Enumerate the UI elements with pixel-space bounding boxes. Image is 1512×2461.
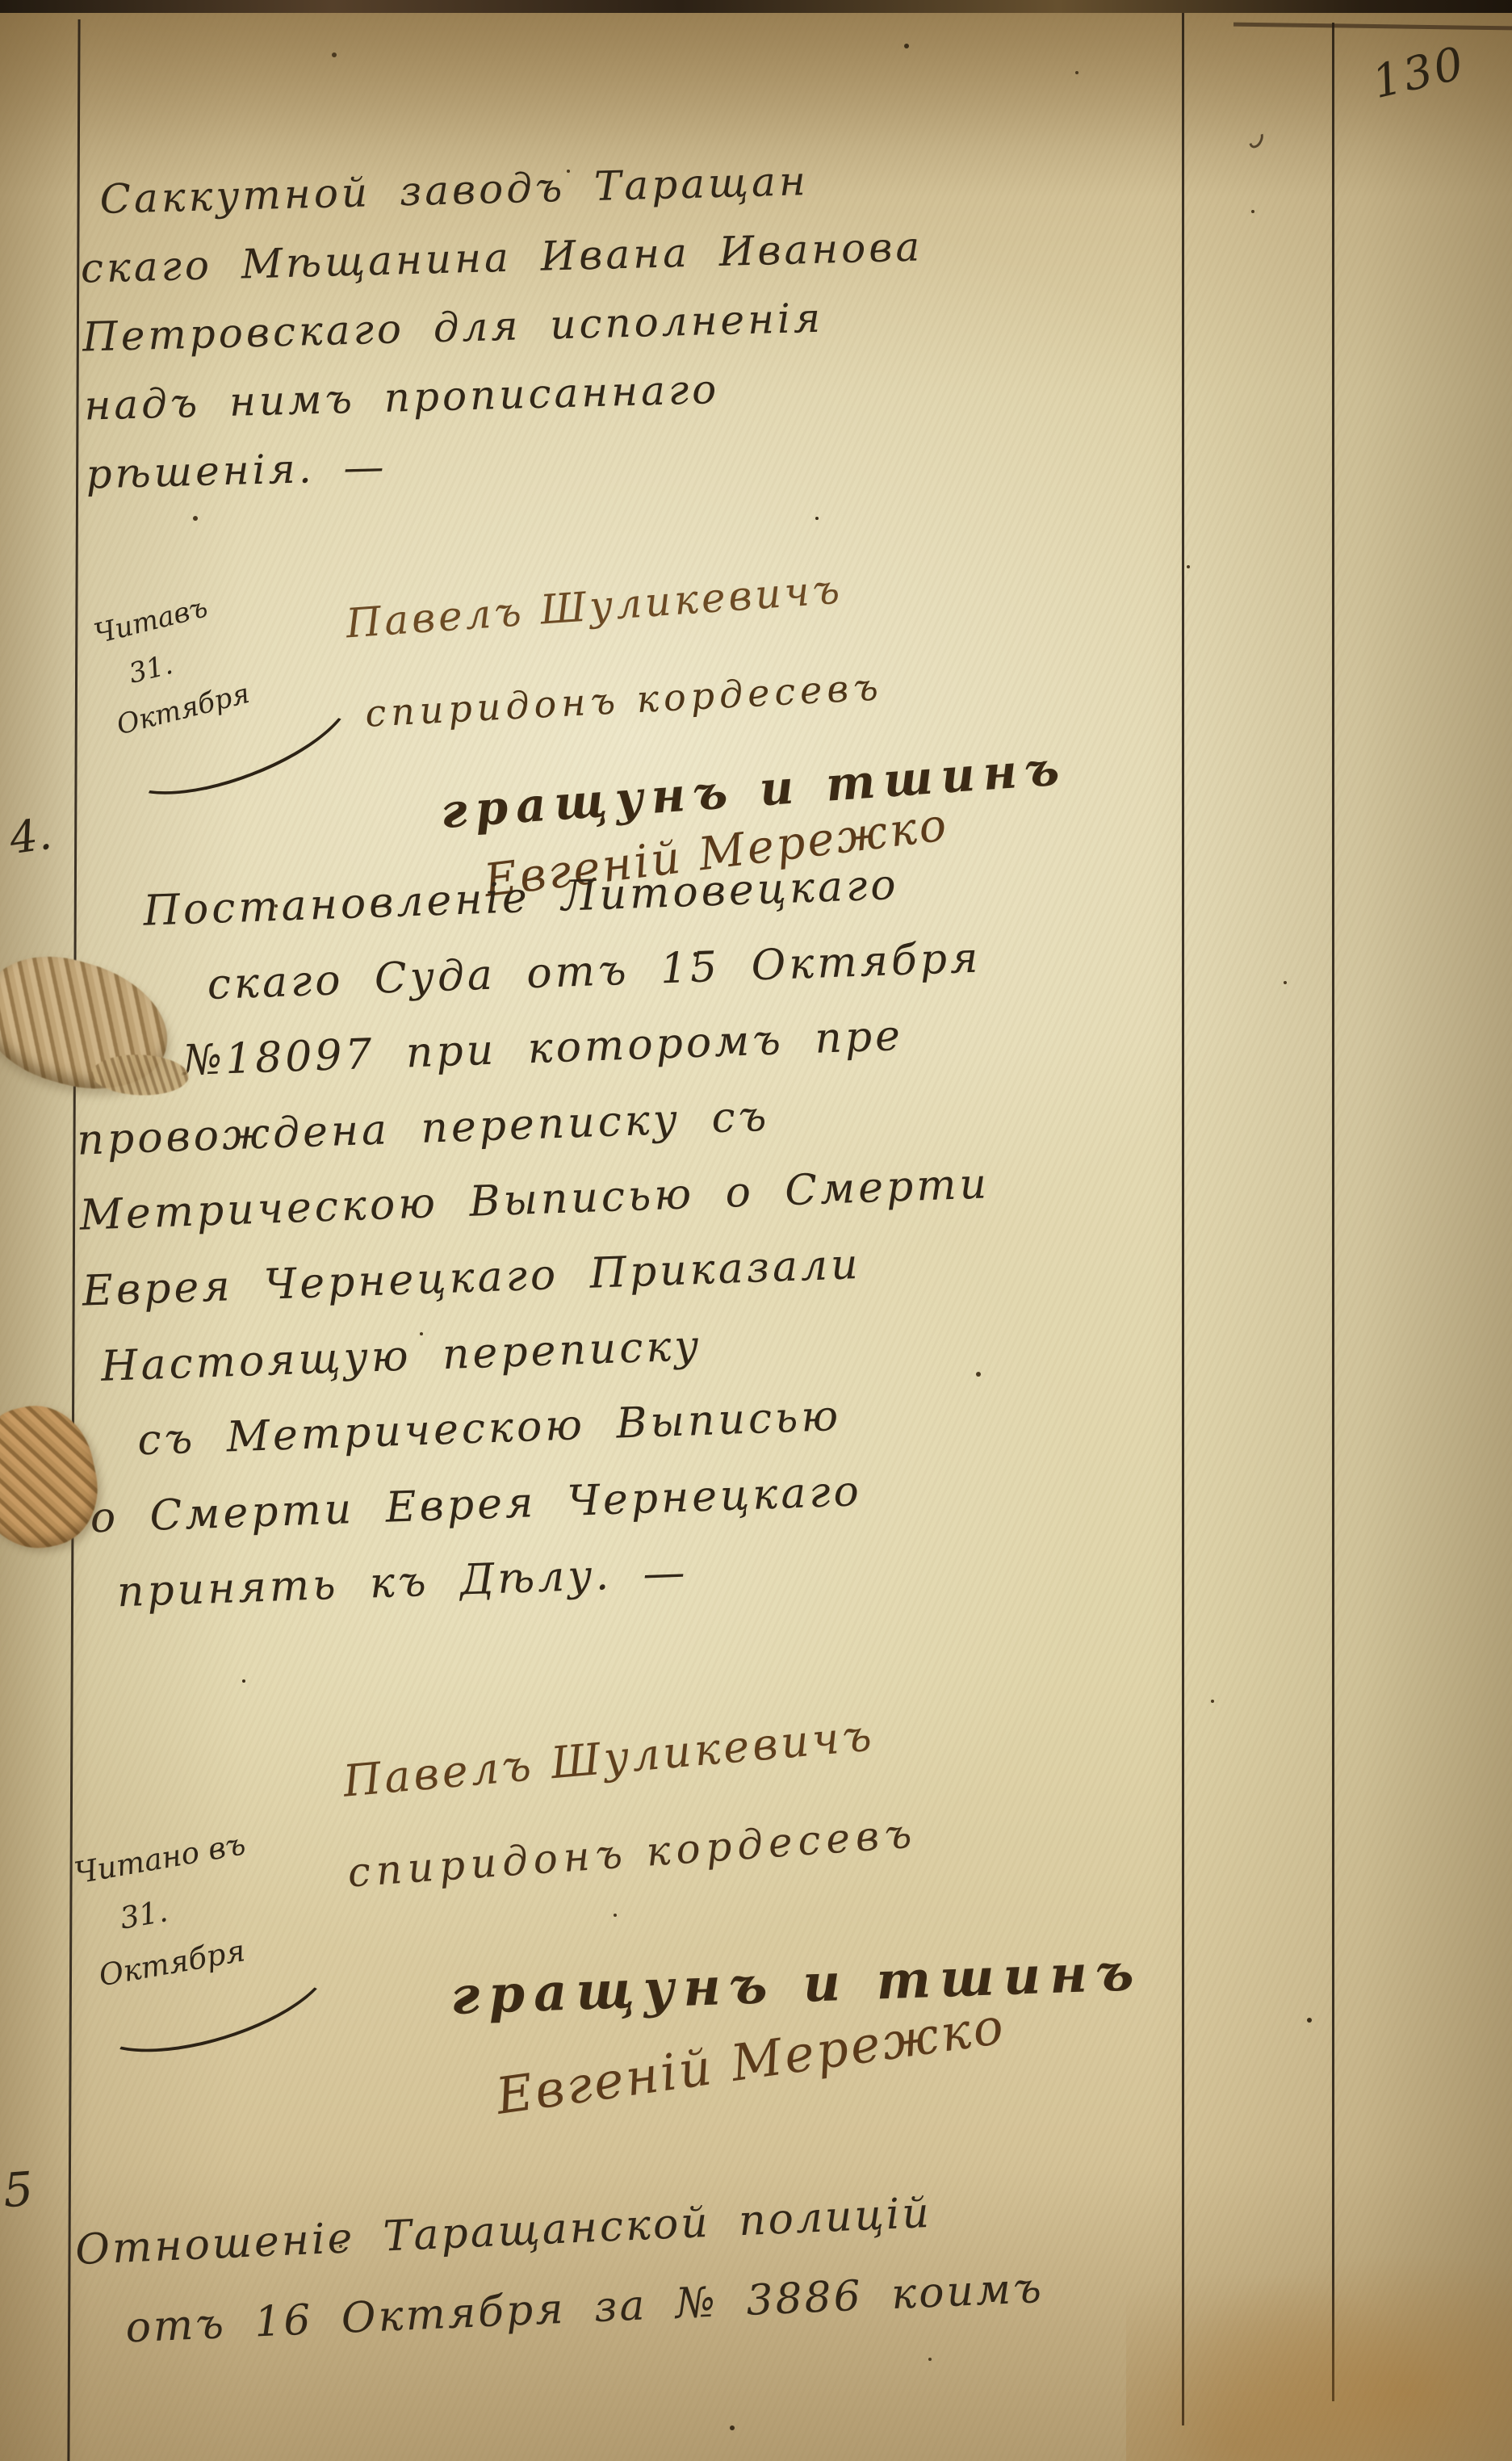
paper-stain: [1126, 2241, 1512, 2461]
signature-stamp-2: гращунъ и тшинъ: [450, 1942, 1144, 2027]
margin-note-read-date-1: Читавъ 31. Октября: [90, 556, 368, 805]
entry-number-4: 4.: [6, 808, 55, 865]
signature-official-2: Павелъ Шуликевичъ: [341, 1709, 877, 1806]
left-margin-rule: [67, 19, 80, 2461]
signature-clerk-2: спиридонъ кордесевъ: [346, 1809, 919, 1896]
ink-mark: [1246, 128, 1266, 150]
margin-note-read-date-2: Читано въ 31. Октября: [70, 1807, 341, 2060]
scan-top-edge: [0, 0, 1512, 13]
entry-4-text: Постановленіе Литовецкаго скаго Суда отъ…: [68, 845, 1004, 1633]
page-number: 130: [1368, 37, 1471, 109]
signature-clerk-1: спиридонъ кордесевъ: [364, 665, 884, 736]
right-margin-rule-inner: [1182, 13, 1184, 2425]
paper-specks: [0, 0, 3, 3]
signature-official-1: Павелъ Шуликевичъ: [345, 566, 844, 648]
entry-number-5: 5: [2, 2161, 36, 2218]
manuscript-page: 130 Саккутной заводъ Таращан скаго Мѣщан…: [0, 0, 1512, 2461]
right-margin-rule-outer: [1332, 23, 1334, 2401]
entry-3-text: Саккутной заводъ Таращан скаго Мѣщанина …: [78, 144, 929, 509]
scan-top-edge-right: [1233, 23, 1512, 31]
entry-5-text: Отношеніе Таращанской полицій отъ 16 Окт…: [73, 2169, 1045, 2371]
